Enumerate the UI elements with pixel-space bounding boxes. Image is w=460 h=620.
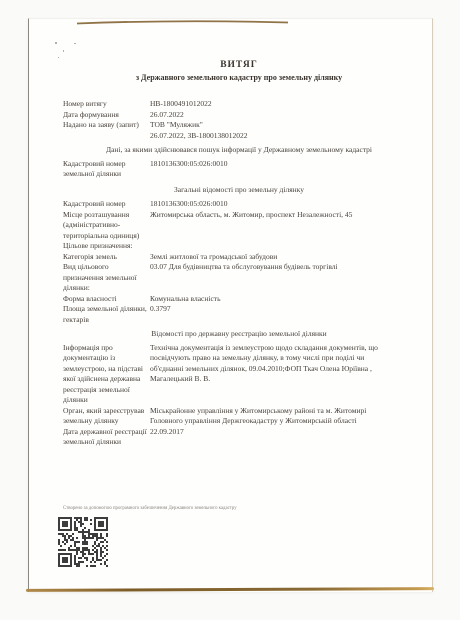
scan-speck (63, 50, 64, 52)
general-info-section: Загальні відомості про земельну ділянку … (63, 185, 415, 326)
field-row: Кадастровий номер земельної ділянки 1810… (63, 159, 415, 180)
field-label: Надано на заяву (запит) (63, 120, 150, 131)
field-value: 22.09.2017 (150, 427, 395, 448)
extract-meta-block: Номер витягу НВ-1800491012022 Дата форму… (63, 99, 415, 141)
field-value: 1810136300:05:026:0010 (150, 199, 395, 210)
field-value: 1810136300:05:026:0010 (150, 159, 395, 180)
field-label: Форма власності (63, 294, 150, 305)
field-value: 0.3797 (150, 304, 395, 325)
section-title: Відомості про державну реєстрацію земель… (63, 329, 415, 340)
field-value: Житомирська область, м. Житомир, проспек… (150, 210, 395, 242)
field-row: Вид цільового призначення земельної діля… (63, 262, 415, 294)
section-title: Загальні відомості про земельну ділянку (63, 185, 415, 196)
document-content: ВИТЯГ з Державного земельного кадастру п… (63, 19, 415, 567)
field-label: Вид цільового призначення земельної діля… (63, 262, 150, 294)
field-value (150, 241, 395, 252)
field-row: Дата формування 26.07.2022 (63, 110, 415, 121)
qr-code-wrap (58, 517, 415, 567)
scanned-document-page: ВИТЯГ з Державного земельного кадастру п… (28, 18, 433, 592)
document-subtitle: з Державного земельного кадастру про зем… (63, 72, 415, 83)
field-row: 26.07.2022, ЗВ-1800138012022 (63, 131, 415, 142)
field-value: 26.07.2022 (150, 110, 395, 121)
field-label (63, 131, 150, 142)
field-row: Інформація про документацію із землеустр… (63, 343, 415, 406)
field-row: Цільове призначення: (63, 241, 415, 252)
field-value: ТОВ "Муляжик" (150, 120, 395, 131)
field-value: Технічна документація із землеустрою щод… (150, 343, 395, 406)
field-value: 03.07 Для будівництва та обслуговування … (150, 262, 395, 294)
field-value: Міськрайонне управління у Житомирському … (150, 406, 395, 427)
field-label: Орган, який зареєстрував земельну ділянк… (63, 406, 150, 427)
field-row: Категорія земель Землі житлової та грома… (63, 252, 415, 263)
field-row: Надано на заяву (запит) ТОВ "Муляжик" (63, 120, 415, 131)
field-row: Місце розташування (адміністративно-тери… (63, 210, 415, 242)
field-label: Кадастровий номер (63, 199, 150, 210)
generated-by-note: Створено за допомогою програмного забезп… (63, 505, 399, 510)
field-label: Кадастровий номер земельної ділянки (63, 159, 150, 180)
field-label: Цільове призначення: (63, 241, 150, 252)
qr-code (58, 517, 108, 567)
scan-speck (55, 42, 57, 44)
field-value: НВ-1800491012022 (150, 99, 395, 110)
field-label: Інформація про документацію із землеустр… (63, 343, 150, 406)
field-value: 26.07.2022, ЗВ-1800138012022 (150, 131, 395, 142)
field-row: Форма власності Комунальна власність (63, 294, 415, 305)
field-label: Дата формування (63, 110, 150, 121)
field-label: Площа земельної ділянки, гектарів (63, 304, 150, 325)
registration-info-section: Відомості про державну реєстрацію земель… (63, 329, 415, 448)
scan-speck (58, 57, 59, 58)
field-row: Площа земельної ділянки, гектарів 0.3797 (63, 304, 415, 325)
field-label: Номер витягу (63, 99, 150, 110)
field-row: Кадастровий номер 1810136300:05:026:0010 (63, 199, 415, 210)
field-row: Номер витягу НВ-1800491012022 (63, 99, 415, 110)
field-label: Дата державної реєстрації земельної діля… (63, 427, 150, 448)
search-data-section: Дані, за якими здійснювався пошук інформ… (63, 145, 415, 180)
field-label: Категорія земель (63, 252, 150, 263)
field-value: Комунальна власність (150, 294, 395, 305)
field-row: Дата державної реєстрації земельної діля… (63, 427, 415, 448)
field-value: Землі житлової та громадської забудови (150, 252, 395, 263)
section-title: Дані, за якими здійснювався пошук інформ… (63, 145, 415, 156)
field-label: Місце розташування (адміністративно-тери… (63, 210, 150, 242)
document-title: ВИТЯГ (63, 60, 415, 71)
scan-speck (74, 43, 76, 44)
field-row: Орган, який зареєстрував земельну ділянк… (63, 406, 415, 427)
